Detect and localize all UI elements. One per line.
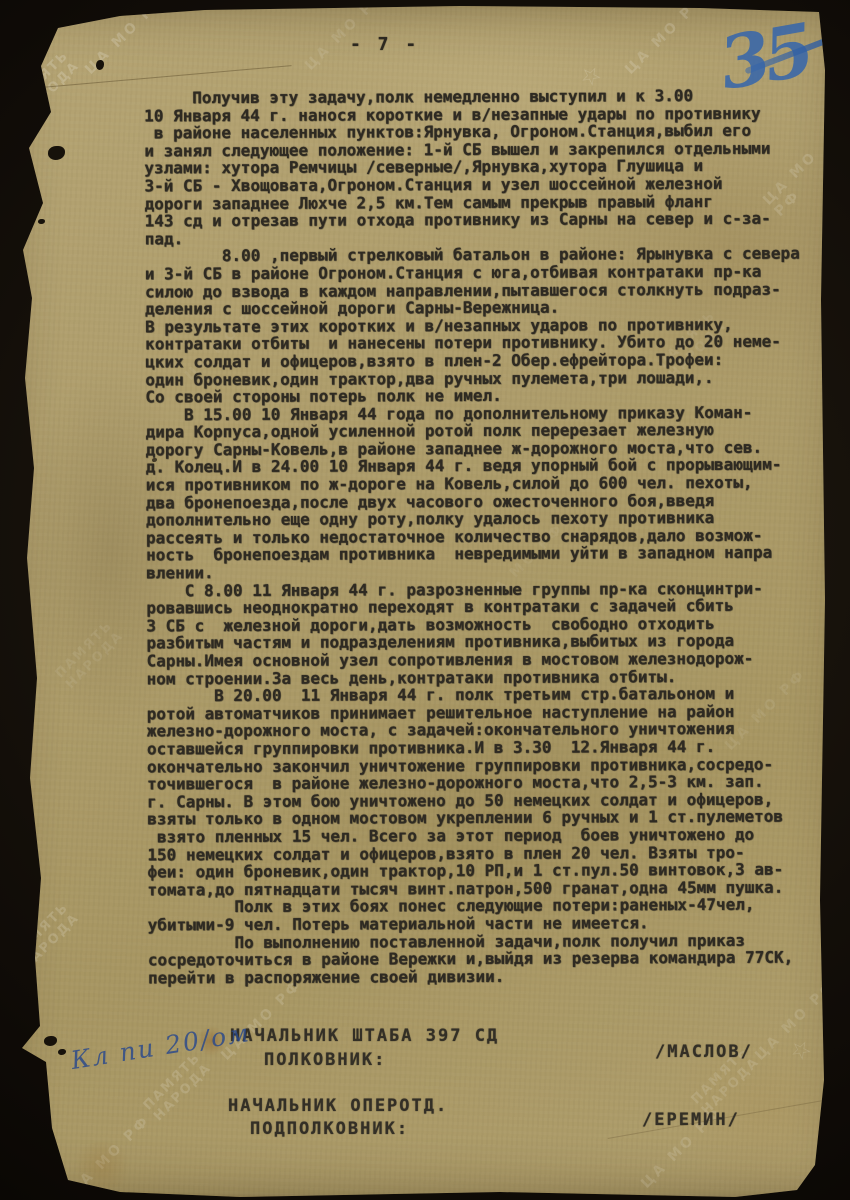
body-paragraph-1: Получив эту задачу,полк немедленно высту… [144,87,800,248]
paper-hole [16,200,26,208]
paper-hole [96,60,104,70]
archive-watermark: ЦА МО РФ [622,0,709,78]
body-paragraph-5: В 20.00 11 Января 44 г. полк третьим стр… [147,685,803,899]
report-body: Получив эту задачу,полк немедленно высту… [144,87,803,987]
body-paragraph-3: В 15.00 10 Января 44 года по дополнитель… [145,403,801,582]
signature2-name: /ЕРЕМИН/ [642,1110,740,1130]
paper-sheet: ЦА МО РФ ПАМЯТЬ НАРОДА ☆ ЦА МО РФ ЦА МО … [0,0,850,1200]
body-paragraph-7: По выполнению поставленной задачи,полк п… [148,931,803,987]
signature1-name: /МАСЛОВ/ [655,1042,753,1062]
project-watermark: ПАМЯТЬ НАРОДА [52,618,126,692]
star-watermark-icon: ☆ [0,40,32,75]
scan-background: ЦА МО РФ ПАМЯТЬ НАРОДА ☆ ЦА МО РФ ЦА МО … [0,0,850,1200]
paper-hole [38,219,45,224]
archive-watermark: ЦА МО РФ [66,1112,153,1199]
stain [70,1142,134,1190]
body-paragraph-6: Полк в этих боях понес следующие потери:… [148,896,803,934]
signature2-rank: ПОДПОЛКОВНИК: [250,1119,409,1139]
signature1-title: НАЧАЛЬНИК ШТАБА 397 СД [230,1026,499,1046]
body-paragraph-4: С 8.00 11 Января 44 г. разрозненные груп… [146,579,801,687]
signature2-title: НАЧАЛЬНИК ОПЕРОТД. [228,1096,448,1116]
page-number: - 7 - [350,34,419,55]
star-watermark-icon: ☆ [783,1032,818,1067]
project-watermark: ПАМЯТЬ НАРОДА [8,900,82,974]
handwritten-archival-note: Кл пи 20/ом [69,1018,253,1075]
signature1-rank: ПОЛКОВНИК: [264,1050,386,1070]
paper-hole [58,1049,66,1055]
paper-crease [42,65,291,88]
paper-hole [48,146,65,160]
body-paragraph-2: 8.00 ,первый стрелковый батальон в район… [145,245,801,406]
archive-watermark: ЦА МО РФ [752,976,839,1063]
paper-hole [44,1036,57,1046]
